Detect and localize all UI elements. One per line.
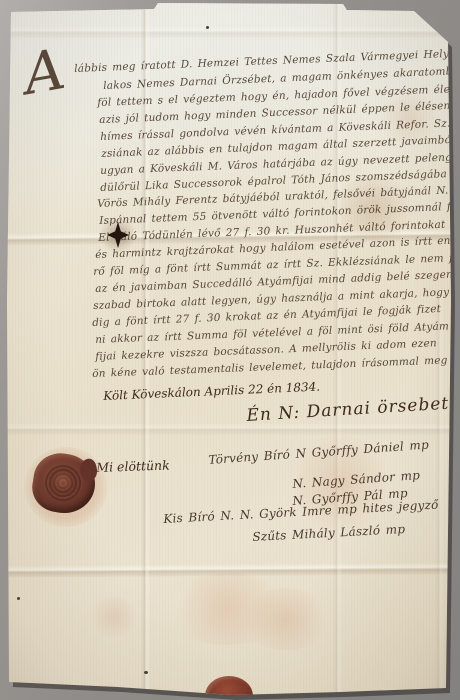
stain-blotch bbox=[165, 573, 290, 645]
fold-crease-middle bbox=[6, 423, 452, 435]
fold-crease-lower bbox=[6, 562, 452, 577]
manuscript-line: Törvény Bíró N Győrffy Dániel mp bbox=[208, 438, 429, 467]
wax-seal-emboss bbox=[44, 465, 82, 501]
stain-blotch bbox=[88, 596, 140, 638]
manuscript-line: Szűts Mihály László mp bbox=[252, 522, 405, 544]
photo-background: A lábbis meg íratott D. Hemzei Tettes Ne… bbox=[0, 0, 460, 700]
witness-intro: Mi elöttünk bbox=[96, 457, 170, 475]
paper-speck bbox=[17, 597, 20, 600]
date-line: Költ Köveskálon Aprilis 22 én 1834. bbox=[103, 380, 320, 403]
manuscript-paper: A lábbis meg íratott D. Hemzei Tettes Ne… bbox=[0, 0, 460, 700]
paper-speck bbox=[206, 26, 209, 29]
wax-fragment-bottom-edge bbox=[205, 676, 253, 696]
paper-speck bbox=[144, 671, 148, 674]
stain-blotch bbox=[238, 588, 333, 650]
fold-crease-vertical-edge bbox=[435, 290, 444, 695]
testator-signature: Én N: Darnai örsebet bbox=[246, 394, 450, 426]
fold-crease-top bbox=[6, 26, 452, 38]
ornate-initial-letter: A bbox=[19, 37, 70, 108]
